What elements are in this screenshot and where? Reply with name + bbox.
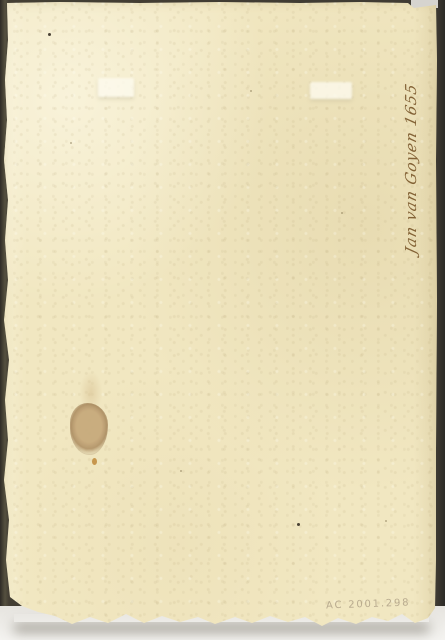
paper-speck	[250, 90, 252, 92]
paper-speck	[70, 142, 72, 144]
paper-sheet: Jan van Goyen 1655 AC 2001.298	[0, 0, 445, 640]
paper-speck	[297, 523, 300, 526]
paper-speck	[385, 520, 387, 522]
stain-dot	[92, 458, 97, 465]
hinge-mark-left	[98, 78, 134, 97]
hinge-mark-right	[310, 82, 352, 99]
stain-drip	[80, 372, 102, 406]
scan-photo: Jan van Goyen 1655 AC 2001.298	[0, 0, 445, 640]
paper-speck	[341, 212, 343, 214]
paper-speck	[180, 470, 182, 472]
paper-texture	[0, 0, 445, 640]
paper-speck	[48, 33, 51, 36]
artist-inscription: Jan van Goyen 1655	[402, 60, 424, 277]
